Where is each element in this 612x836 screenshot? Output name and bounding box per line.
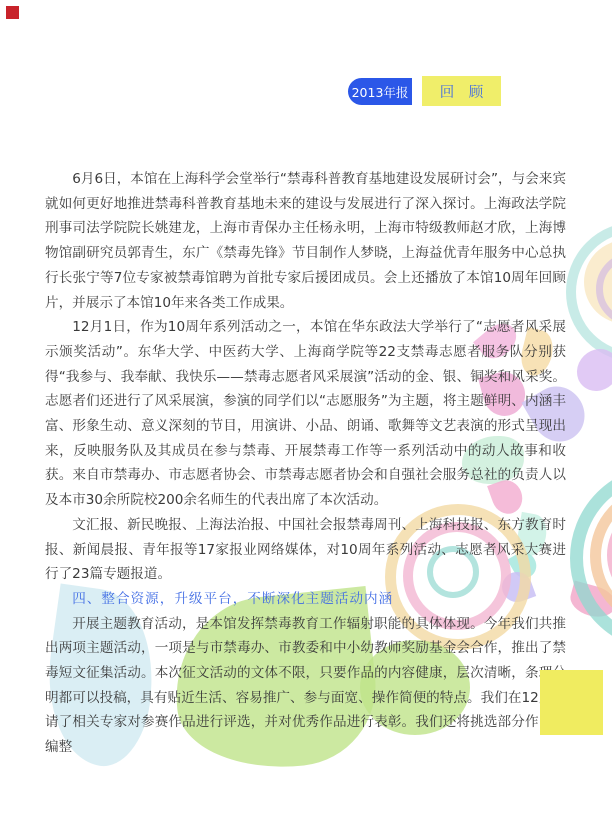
decor-ring-purple [596, 252, 612, 326]
decor-petal-purple [568, 340, 612, 399]
paragraph-media-coverage: 文汇报、新民晚报、上海法治报、中国社会报禁毒周刊、上海科技报、东方教育时报、新闻… [45, 513, 566, 587]
paragraph-december-event: 12月1日，作为10周年系列活动之一，本馆在华东政法大学举行了“志愿者风采展示颁… [45, 315, 566, 513]
decor-crescent-teal [566, 222, 612, 362]
paragraph-june-event: 6月6日，本馆在上海科学会堂举行“禁毒科普教育基地建设发展研讨会”，与会来宾就如… [45, 167, 566, 315]
decor-petal-pink [567, 581, 612, 622]
decor-arc-pink [607, 502, 612, 608]
decor-arc-teal [570, 465, 612, 651]
section-heading: 四、整合资源，升级平台，不断深化主题活动内涵 [45, 587, 566, 612]
review-badge: 回 顾 [422, 76, 501, 106]
yellow-accent-block [540, 670, 603, 735]
corner-marker [6, 6, 19, 19]
report-page: 2013年报 回 顾 6月6日，本馆在上海科学会堂举行“禁毒科普教育基地建设发展… [0, 0, 612, 836]
decor-disc-peach [584, 240, 612, 324]
year-badge: 2013年报 [348, 78, 412, 105]
paragraph-theme-activities: 开展主题教育活动，是本馆发挥禁毒教育工作辐射职能的具体体现。今年我们共推出两项主… [45, 612, 566, 760]
document-body: 6月6日，本馆在上海科学会堂举行“禁毒科普教育基地建设发展研讨会”，与会来宾就如… [45, 167, 566, 760]
decor-arc-orange [590, 485, 612, 627]
header-badges: 2013年报 回 顾 [348, 76, 501, 106]
